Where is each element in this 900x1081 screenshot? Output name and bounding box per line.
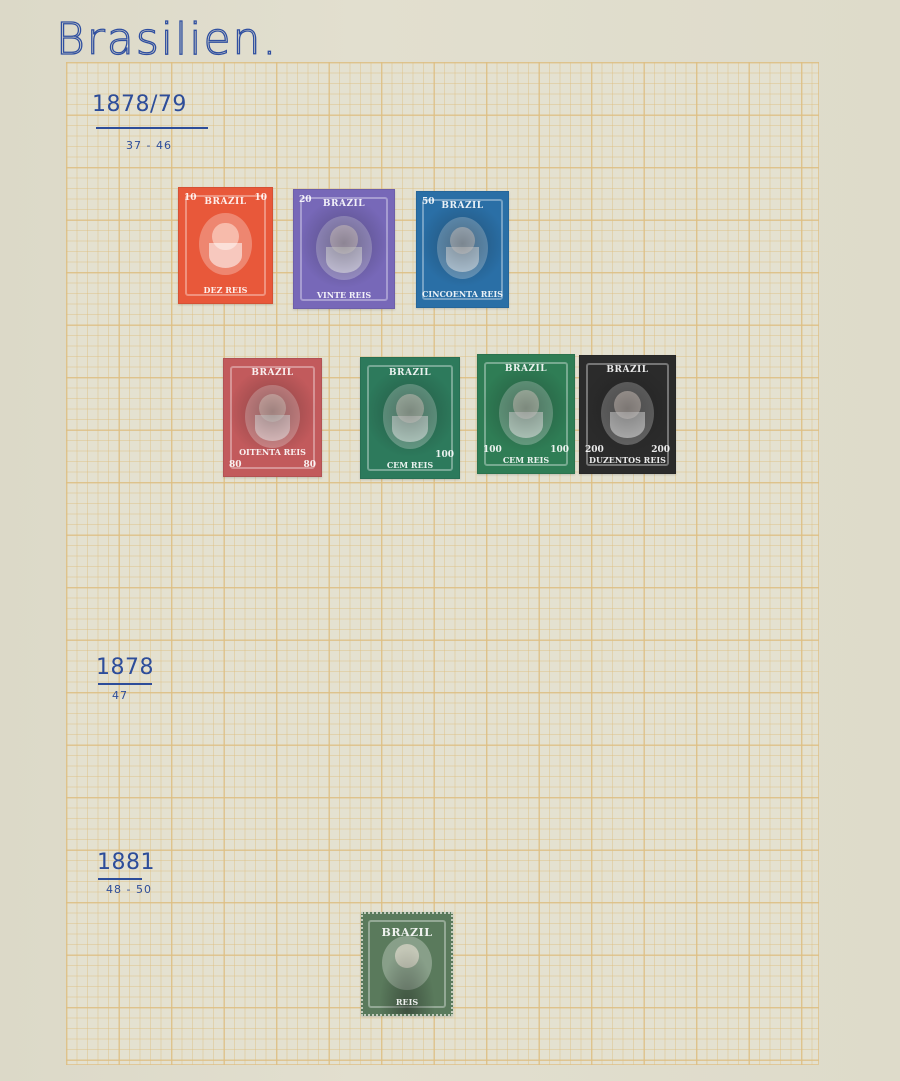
stamp-value: 200 (651, 445, 670, 455)
stamp-denomination: VINTE REIS (294, 290, 394, 300)
section-underline (98, 878, 142, 880)
stamp-denomination: CEM REIS (478, 455, 574, 465)
stamp-value: 10 (184, 193, 197, 203)
stamp-denomination: CEM REIS (361, 460, 459, 470)
section-catalog-numbers: 37 - 46 (126, 139, 172, 152)
stamp[interactable]: BRAZIL 200 200 DUZENTOS REIS (579, 355, 676, 474)
stamp-denomination: DUZENTOS REIS (580, 455, 675, 465)
stamp-denomination: OITENTA REIS (224, 447, 321, 457)
stamp-value: 100 (435, 450, 454, 460)
section-catalog-numbers: 48 - 50 (106, 883, 152, 896)
stamp-value: 80 (303, 460, 316, 470)
stamp-country: BRAZIL (363, 926, 451, 939)
section-year-1878: 1878 (96, 655, 154, 680)
section-underline (98, 683, 152, 685)
stamp-value: 200 (585, 445, 604, 455)
section-year-1881: 1881 (97, 850, 155, 875)
stamp-country: BRAZIL (580, 365, 675, 375)
section-underline (96, 127, 208, 129)
album-page: Brasilien. 1878/79 37 - 46 1878 47 1881 … (0, 0, 900, 1081)
stamp-value: 20 (299, 195, 312, 205)
stamp[interactable]: BRAZIL 100 100 CEM REIS (477, 354, 575, 474)
stamp-denomination: REIS (363, 997, 451, 1007)
stamp[interactable]: BRAZIL 10 10 DEZ REIS (178, 187, 273, 304)
stamp[interactable]: BRAZIL 20 VINTE REIS (293, 189, 395, 309)
stamp-value: 100 (550, 445, 569, 455)
page-title: Brasilien. (56, 14, 278, 65)
stamp-country: BRAZIL (361, 368, 459, 378)
stamp[interactable]: BRAZIL 80 80 OITENTA REIS (223, 358, 322, 477)
stamp-value: 10 (254, 193, 267, 203)
stamp-denomination: DEZ REIS (179, 285, 272, 295)
stamp-value: 50 (422, 197, 435, 207)
stamp-value: 80 (229, 460, 242, 470)
stamp[interactable]: BRAZIL 50 CINCOENTA REIS (416, 191, 509, 308)
section-catalog-numbers: 47 (112, 689, 128, 702)
section-year-1878-79: 1878/79 (92, 92, 187, 117)
stamp[interactable]: BRAZIL 100 CEM REIS (360, 357, 460, 479)
stamp-denomination: CINCOENTA REIS (417, 289, 508, 299)
stamp-country: BRAZIL (224, 368, 321, 378)
stamp-value: 100 (483, 445, 502, 455)
stamp-country: BRAZIL (478, 364, 574, 374)
stamp[interactable]: BRAZIL REIS (361, 912, 453, 1016)
